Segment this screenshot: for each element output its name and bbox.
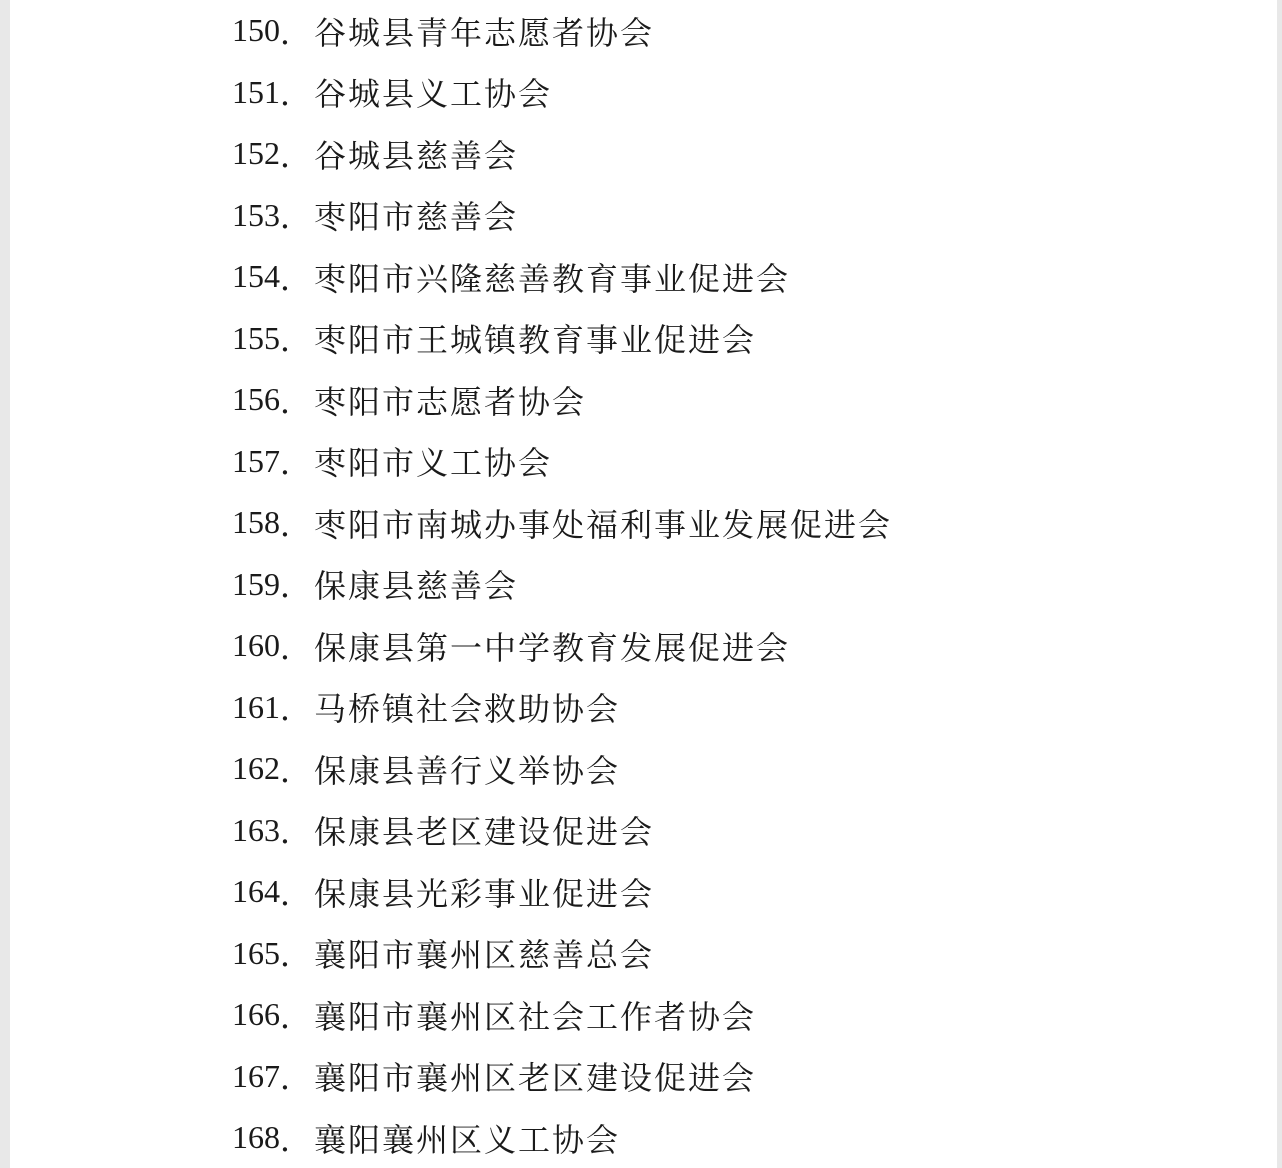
item-name: 保康县善行义举协会 bbox=[314, 746, 620, 792]
item-separator: ． bbox=[280, 315, 314, 361]
item-separator: ． bbox=[280, 192, 314, 238]
list-item: 154．枣阳市兴隆慈善教育事业促进会 bbox=[232, 246, 1277, 308]
item-separator: ． bbox=[280, 438, 314, 484]
organization-list: 150．谷城县青年志愿者协会 151．谷城县义工协会 152．谷城县慈善会 15… bbox=[232, 0, 1277, 1168]
item-separator: ． bbox=[280, 254, 314, 300]
item-number: 160 bbox=[232, 627, 280, 664]
item-separator: ． bbox=[280, 377, 314, 423]
list-item: 162．保康县善行义举协会 bbox=[232, 738, 1277, 800]
item-number: 153 bbox=[232, 197, 280, 234]
item-name: 枣阳市义工协会 bbox=[314, 438, 552, 484]
item-number: 158 bbox=[232, 504, 280, 541]
item-number: 166 bbox=[232, 996, 280, 1033]
list-item: 159．保康县慈善会 bbox=[232, 554, 1277, 616]
item-separator: ． bbox=[280, 746, 314, 792]
item-separator: ． bbox=[280, 992, 314, 1038]
item-number: 168 bbox=[232, 1119, 280, 1156]
item-name: 襄阳市襄州区慈善总会 bbox=[314, 930, 654, 976]
item-name: 枣阳市王城镇教育事业促进会 bbox=[314, 315, 756, 361]
item-name: 枣阳市南城办事处福利事业发展促进会 bbox=[314, 500, 892, 546]
item-name: 襄阳市襄州区社会工作者协会 bbox=[314, 992, 756, 1038]
item-separator: ． bbox=[280, 131, 314, 177]
item-separator: ． bbox=[280, 69, 314, 115]
document-page: 150．谷城县青年志愿者协会 151．谷城县义工协会 152．谷城县慈善会 15… bbox=[10, 0, 1277, 1168]
item-name: 枣阳市慈善会 bbox=[314, 192, 518, 238]
item-separator: ． bbox=[280, 1053, 314, 1099]
list-item: 164．保康县光彩事业促进会 bbox=[232, 861, 1277, 923]
item-separator: ． bbox=[280, 869, 314, 915]
item-name: 谷城县青年志愿者协会 bbox=[314, 8, 654, 54]
item-number: 163 bbox=[232, 812, 280, 849]
item-name: 保康县光彩事业促进会 bbox=[314, 869, 654, 915]
item-number: 157 bbox=[232, 443, 280, 480]
item-number: 150 bbox=[232, 12, 280, 49]
item-number: 151 bbox=[232, 74, 280, 111]
item-number: 165 bbox=[232, 935, 280, 972]
item-separator: ． bbox=[280, 623, 314, 669]
item-number: 162 bbox=[232, 750, 280, 787]
item-name: 保康县第一中学教育发展促进会 bbox=[314, 623, 790, 669]
list-item: 153．枣阳市慈善会 bbox=[232, 185, 1277, 247]
item-number: 152 bbox=[232, 135, 280, 172]
list-item: 165．襄阳市襄州区慈善总会 bbox=[232, 923, 1277, 985]
item-separator: ． bbox=[280, 1115, 314, 1161]
item-name: 马桥镇社会救助协会 bbox=[314, 684, 620, 730]
item-number: 164 bbox=[232, 873, 280, 910]
list-item: 151．谷城县义工协会 bbox=[232, 62, 1277, 124]
item-name: 襄阳市襄州区老区建设促进会 bbox=[314, 1053, 756, 1099]
item-number: 154 bbox=[232, 258, 280, 295]
list-item: 150．谷城县青年志愿者协会 bbox=[232, 0, 1277, 62]
list-item: 166．襄阳市襄州区社会工作者协会 bbox=[232, 984, 1277, 1046]
list-item: 155．枣阳市王城镇教育事业促进会 bbox=[232, 308, 1277, 370]
list-item: 158．枣阳市南城办事处福利事业发展促进会 bbox=[232, 492, 1277, 554]
item-name: 保康县慈善会 bbox=[314, 561, 518, 607]
item-number: 159 bbox=[232, 566, 280, 603]
item-separator: ． bbox=[280, 930, 314, 976]
item-separator: ． bbox=[280, 561, 314, 607]
list-item: 160．保康县第一中学教育发展促进会 bbox=[232, 615, 1277, 677]
list-item: 161．马桥镇社会救助协会 bbox=[232, 677, 1277, 739]
item-name: 枣阳市志愿者协会 bbox=[314, 377, 586, 423]
item-name: 襄阳襄州区义工协会 bbox=[314, 1115, 620, 1161]
item-separator: ． bbox=[280, 8, 314, 54]
item-separator: ． bbox=[280, 684, 314, 730]
item-name: 枣阳市兴隆慈善教育事业促进会 bbox=[314, 254, 790, 300]
item-number: 155 bbox=[232, 320, 280, 357]
item-separator: ． bbox=[280, 500, 314, 546]
item-number: 167 bbox=[232, 1058, 280, 1095]
list-item: 152．谷城县慈善会 bbox=[232, 123, 1277, 185]
item-name: 保康县老区建设促进会 bbox=[314, 807, 654, 853]
list-item: 157．枣阳市义工协会 bbox=[232, 431, 1277, 493]
list-item: 163．保康县老区建设促进会 bbox=[232, 800, 1277, 862]
item-name: 谷城县义工协会 bbox=[314, 69, 552, 115]
list-item: 168．襄阳襄州区义工协会 bbox=[232, 1107, 1277, 1168]
item-number: 156 bbox=[232, 381, 280, 418]
item-name: 谷城县慈善会 bbox=[314, 131, 518, 177]
list-item: 167．襄阳市襄州区老区建设促进会 bbox=[232, 1046, 1277, 1108]
item-separator: ． bbox=[280, 807, 314, 853]
item-number: 161 bbox=[232, 689, 280, 726]
list-item: 156．枣阳市志愿者协会 bbox=[232, 369, 1277, 431]
